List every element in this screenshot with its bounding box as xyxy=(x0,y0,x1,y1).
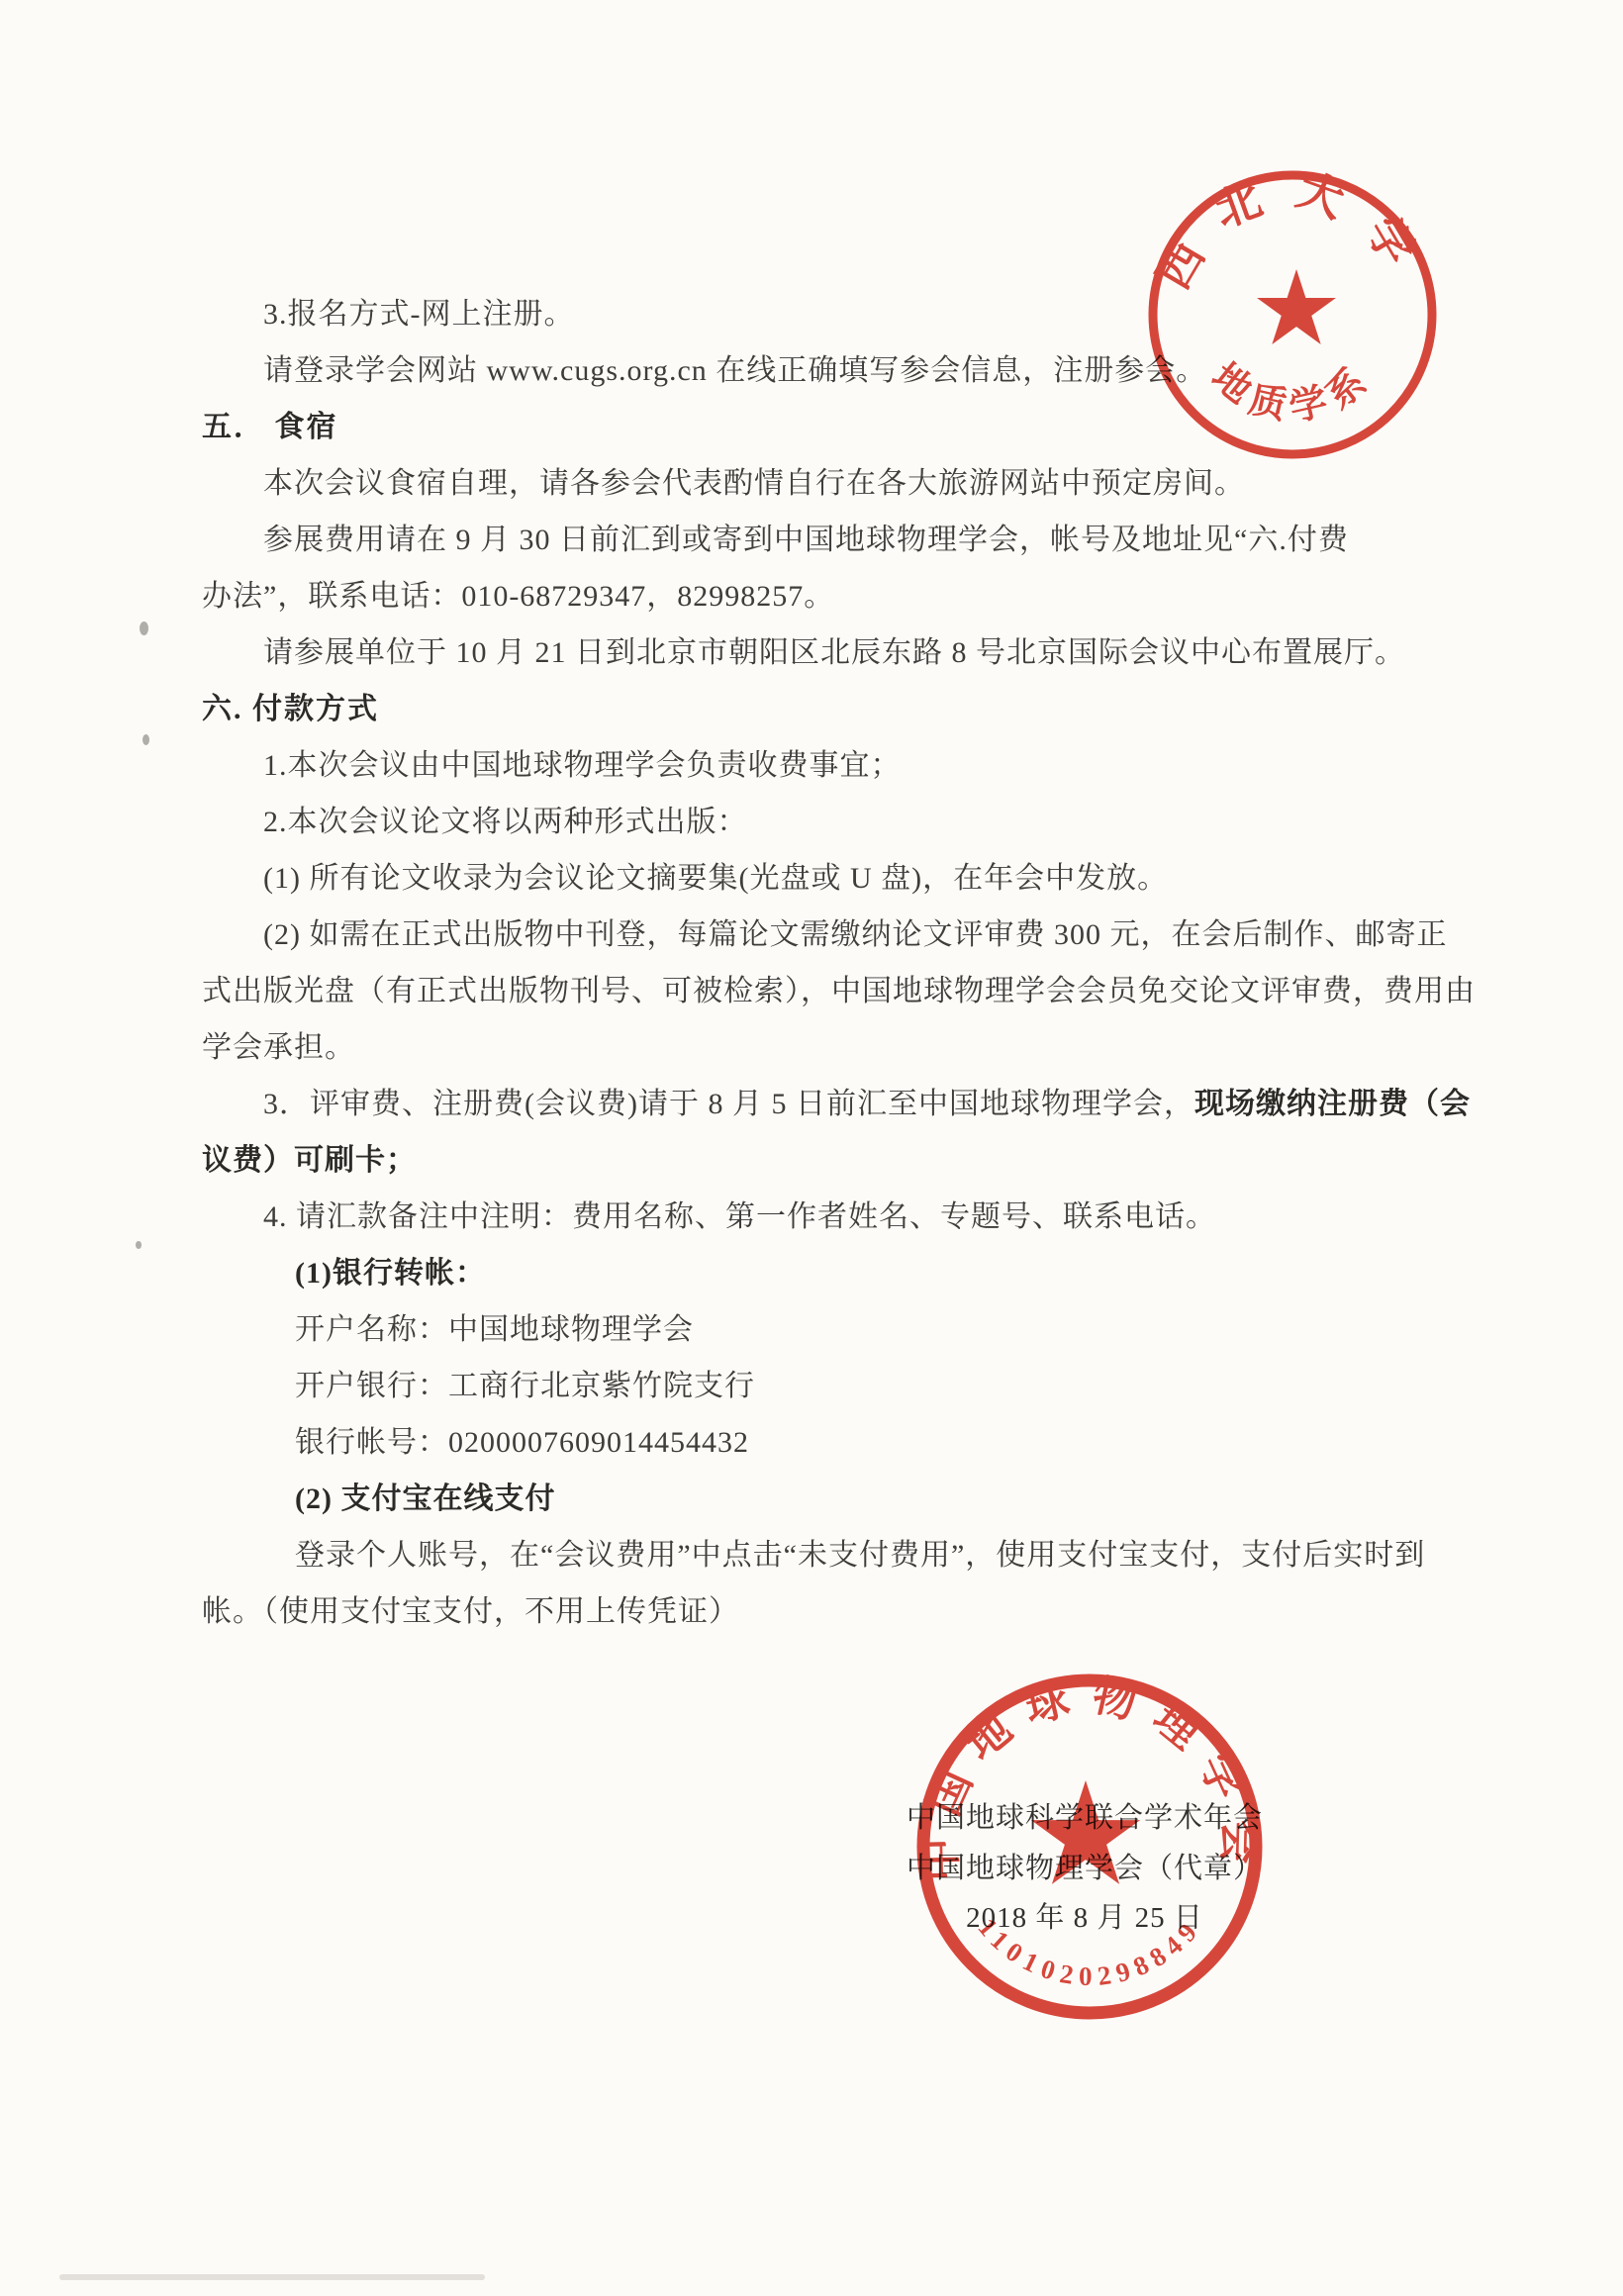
text-segment: 学会承担。 xyxy=(202,1031,355,1064)
document-line: 登录个人账号，在“会议费用”中点击“未支付费用”，使用支付宝支付，支付后实时到 xyxy=(295,1538,1425,1574)
document-line: (2) 如需在正式出版物中刊登，每篇论文需缴纳论文评审费 300 元，在会后制作… xyxy=(263,917,1447,953)
document-line: 3．评审费、注册费(会议费)请于 8 月 5 日前汇至中国地球物理学会，现场缴纳… xyxy=(263,1087,1471,1122)
signature-conference-name: 中国地球科学联合学术年会 xyxy=(907,1801,1263,1835)
star-icon xyxy=(1257,269,1336,344)
document-line: 参展费用请在 9 月 30 日前汇到或寄到中国地球物理学会，帐号及地址见“六.付… xyxy=(263,523,1349,558)
text-segment: 帐。（使用支付宝支付，不用上传凭证） xyxy=(202,1595,739,1628)
text-segment: 登录个人账号，在“会议费用”中点击“未支付费用”，使用支付宝支付，支付后实时到 xyxy=(295,1539,1425,1572)
document-line: 六. 付款方式 xyxy=(202,692,379,727)
document-line: 学会承担。 xyxy=(202,1030,355,1066)
text-segment: (1)银行转帐： xyxy=(295,1257,486,1290)
text-segment: 开户银行：工商行北京紫竹院支行 xyxy=(295,1370,755,1402)
text-segment: 本次会议食宿自理，请各参会代表酌情自行在各大旅游网站中预定房间。 xyxy=(263,467,1245,500)
document-line: 银行帐号：0200007609014454432 xyxy=(295,1425,749,1461)
text-segment: 办法”，联系电话：010-68729347，82998257。 xyxy=(202,580,834,613)
signature-date: 2018 年 8 月 25 日 xyxy=(966,1901,1203,1935)
scan-artifact xyxy=(140,622,148,635)
document-line: 开户银行：工商行北京紫竹院支行 xyxy=(295,1369,755,1404)
document-line: 4. 请汇款备注中注明：费用名称、第一作者姓名、专题号、联系电话。 xyxy=(263,1199,1216,1235)
text-segment: (2) 如需在正式出版物中刊登，每篇论文需缴纳论文评审费 300 元，在会后制作… xyxy=(263,918,1447,951)
text-segment: 4. 请汇款备注中注明：费用名称、第一作者姓名、专题号、联系电话。 xyxy=(263,1200,1216,1233)
seal-ring xyxy=(923,1680,1256,2013)
scan-artifact xyxy=(143,734,149,745)
stamp-ring xyxy=(1153,175,1432,454)
text-segment: (1) 所有论文收录为会议论文摘要集(光盘或 U 盘)，在年会中发放。 xyxy=(263,862,1168,895)
text-segment: 式出版光盘（有正式出版物刊号、可被检索），中国地球物理学会会员免交论文评审费，费… xyxy=(202,975,1476,1007)
document-line: (1) 所有论文收录为会议论文摘要集(光盘或 U 盘)，在年会中发放。 xyxy=(263,861,1168,897)
text-segment: 请登录学会网站 www.cugs.org.cn 在线正确填写参会信息，注册参会。 xyxy=(263,354,1206,387)
text-segment: 参展费用请在 9 月 30 日前汇到或寄到中国地球物理学会，帐号及地址见“六.付… xyxy=(263,524,1349,556)
document-line: 2.本次会议论文将以两种形式出版： xyxy=(263,805,748,840)
document-line: 请登录学会网站 www.cugs.org.cn 在线正确填写参会信息，注册参会。 xyxy=(263,353,1206,389)
stamp-arc-label: 西北大学 xyxy=(1148,167,1438,298)
text-segment: 银行帐号：0200007609014454432 xyxy=(295,1426,749,1459)
document-line: 式出版光盘（有正式出版物刊号、可被检索），中国地球物理学会会员免交论文评审费，费… xyxy=(202,974,1476,1009)
scanned-document-page: 3.报名方式-网上注册。请登录学会网站 www.cugs.org.cn 在线正确… xyxy=(0,0,1623,2296)
document-line: 五． 食宿 xyxy=(202,410,338,445)
document-line: 请参展单位于 10 月 21 日到北京市朝阳区北辰东路 8 号北京国际会议中心布… xyxy=(263,635,1405,671)
scan-artifact xyxy=(59,2274,485,2280)
document-line: 开户名称：中国地球物理学会 xyxy=(295,1312,694,1348)
document-line: 帐。（使用支付宝支付，不用上传凭证） xyxy=(202,1594,739,1630)
text-segment: 议费）可刷卡； xyxy=(202,1144,417,1177)
document-line: 1.本次会议由中国地球物理学会负责收费事宜； xyxy=(263,748,902,784)
text-segment: (2) 支付宝在线支付 xyxy=(295,1483,555,1515)
document-line: (2) 支付宝在线支付 xyxy=(295,1482,555,1517)
text-segment: 五． 食宿 xyxy=(202,411,338,443)
text-segment: 3．评审费、注册费(会议费)请于 8 月 5 日前汇至中国地球物理学会， xyxy=(263,1088,1194,1120)
text-segment: 1.本次会议由中国地球物理学会负责收费事宜； xyxy=(263,749,902,782)
document-line: 议费）可刷卡； xyxy=(202,1143,417,1179)
document-line: 本次会议食宿自理，请各参会代表酌情自行在各大旅游网站中预定房间。 xyxy=(263,466,1245,502)
text-segment: 现场缴纳注册费（会 xyxy=(1194,1088,1471,1120)
signature-society-name: 中国地球物理学会（代章） xyxy=(907,1852,1263,1885)
text-segment: 2.本次会议论文将以两种形式出版： xyxy=(263,806,748,838)
document-line: 办法”，联系电话：010-68729347，82998257。 xyxy=(202,579,834,615)
text-segment: 六. 付款方式 xyxy=(202,693,379,725)
document-line: 3.报名方式-网上注册。 xyxy=(263,297,575,333)
text-segment: 3.报名方式-网上注册。 xyxy=(263,298,575,331)
text-segment: 开户名称：中国地球物理学会 xyxy=(295,1313,694,1346)
university-geology-department-stamp: 西北大学 地质学系 xyxy=(1145,167,1440,462)
document-line: (1)银行转帐： xyxy=(295,1256,486,1291)
scan-artifact xyxy=(136,1241,142,1249)
stamp-bottom-label: 地质学系 xyxy=(1203,355,1381,430)
text-segment: 请参展单位于 10 月 21 日到北京市朝阳区北辰东路 8 号北京国际会议中心布… xyxy=(263,636,1405,669)
geophysical-society-seal: 中国地球物理学会 1101020298849 xyxy=(916,1674,1263,2020)
